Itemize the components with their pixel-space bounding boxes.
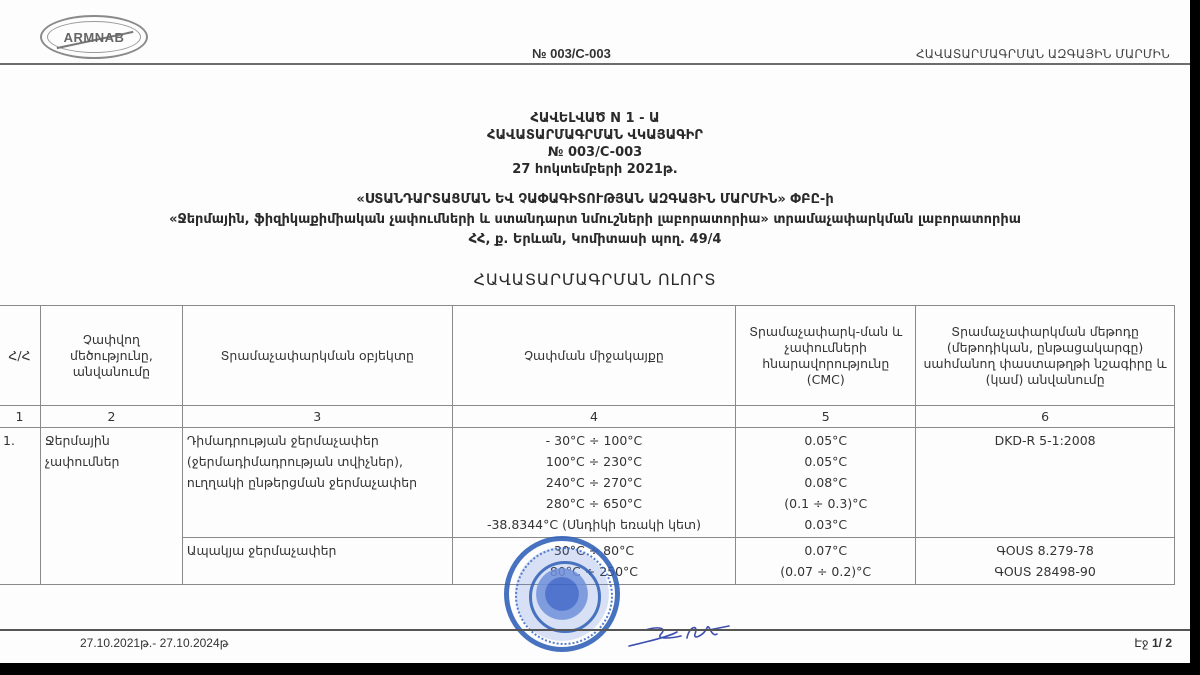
cmc-value: 0.05°C bbox=[740, 430, 911, 451]
range-value: 240°C ÷ 270°C bbox=[457, 472, 732, 493]
header-quantity: Չափվող մեծությունը, անվանումը bbox=[40, 306, 182, 406]
certificate-date: 27 հոկտեմբերի 2021թ. bbox=[0, 161, 1190, 178]
organization-name: «ՍՏԱՆԴԱՐՏԱՑՄԱՆ ԵՎ ՉԱՓԱԳԻՏՈՒԹՅԱՆ ԱԶԳԱՅԻՆ … bbox=[0, 190, 1190, 210]
cmc-value: (0.07 ÷ 0.2)°C bbox=[740, 561, 911, 582]
range-value: - 30°C ÷ 100°C bbox=[457, 430, 732, 451]
range-value: 280°C ÷ 650°C bbox=[457, 493, 732, 514]
row-index: 1. bbox=[0, 428, 40, 585]
scope-title: ՀԱՎԱՏԱՐՄԱԳՐՄԱՆ ՈԼՈՐՏ bbox=[0, 270, 1190, 289]
header-accreditation-body: ՀԱՎԱՏԱՐՄԱԳՐՄԱՆ ԱԶԳԱՅԻՆ ՄԱՐՄԻՆ bbox=[916, 47, 1170, 61]
header-object: Տրամաչափարկման օբյեկտը bbox=[182, 306, 452, 406]
header-divider bbox=[0, 63, 1190, 65]
certificate-page: ARMNAB № 003/C-003 ՀԱՎԱՏԱՐՄԱԳՐՄԱՆ ԱԶԳԱՅԻ… bbox=[0, 0, 1190, 663]
table-row: 1. Ջերմային չափումներ Դիմադրության ջերմա… bbox=[0, 428, 1175, 538]
header-cmc: Տրամաչափարկ-ման և չափումների հնարավորութ… bbox=[736, 306, 916, 406]
logo-text: ARMNAB bbox=[64, 30, 125, 45]
row-cmc: 0.05°C 0.05°C 0.08°C (0.1 ÷ 0.3)°C 0.03°… bbox=[736, 428, 916, 538]
page-number: Էջ 1/ 2 bbox=[1134, 636, 1172, 650]
organization-address: ՀՀ, ք. Երևան, Կոմիտասի պող. 49/4 bbox=[0, 230, 1190, 250]
laboratory-name: «Ջերմային, ֆիզիկաքիմիական չափումների և ս… bbox=[0, 210, 1190, 230]
header-method: Տրամաչափարկման մեթոդը (մեթոդիկան, ընթացա… bbox=[916, 306, 1175, 406]
range-value: 100°C ÷ 230°C bbox=[457, 451, 732, 472]
validity-period: 27.10.2021թ.- 27.10.2024թ bbox=[80, 636, 229, 650]
table-header-row: Հ/Հ Չափվող մեծությունը, անվանումը Տրամաչ… bbox=[0, 306, 1175, 406]
header-document-number: № 003/C-003 bbox=[532, 46, 611, 61]
signature-mark bbox=[625, 618, 740, 650]
header-index: Հ/Հ bbox=[0, 306, 40, 406]
page-value: 1/ 2 bbox=[1152, 636, 1172, 650]
organization-block: «ՍՏԱՆԴԱՐՏԱՑՄԱՆ ԵՎ ՉԱՓԱԳԻՏՈՒԹՅԱՆ ԱԶԳԱՅԻՆ … bbox=[0, 190, 1190, 250]
row-cmc: 0.07°C (0.07 ÷ 0.2)°C bbox=[736, 538, 916, 585]
column-number: 6 bbox=[916, 406, 1175, 428]
row-object: Ապակյա ջերմաչափեր bbox=[182, 538, 452, 585]
header-range: Չափման միջակայքը bbox=[452, 306, 736, 406]
column-number-row: 1 2 3 4 5 6 bbox=[0, 406, 1175, 428]
armnab-logo: ARMNAB bbox=[40, 15, 148, 59]
method-value: DKD-R 5-1:2008 bbox=[920, 430, 1170, 451]
column-number: 2 bbox=[40, 406, 182, 428]
method-value: ԳՕՍՏ 8.279-78 bbox=[920, 540, 1170, 561]
footer-divider bbox=[0, 629, 1190, 631]
column-number: 5 bbox=[736, 406, 916, 428]
document-title-block: ՀԱՎԵԼՎԱԾ N 1 - Ա ՀԱՎԱՏԱՐՄԱԳՐՄԱՆ ՎԿԱՅԱԳԻՐ… bbox=[0, 110, 1190, 178]
row-method: DKD-R 5-1:2008 bbox=[916, 428, 1175, 538]
cmc-value: 0.08°C bbox=[740, 472, 911, 493]
certificate-number: № 003/C-003 bbox=[0, 144, 1190, 161]
row-object: Դիմադրության ջերմաչափեր (ջերմադիմադրությ… bbox=[182, 428, 452, 538]
cmc-value: 0.03°C bbox=[740, 514, 911, 535]
row-ranges: - 30°C ÷ 100°C 100°C ÷ 230°C 240°C ÷ 270… bbox=[452, 428, 736, 538]
range-value: -38.8344°C (Սնդիկի եռակի կետ) bbox=[457, 514, 732, 535]
cmc-value: (0.1 ÷ 0.3)°C bbox=[740, 493, 911, 514]
cmc-value: 0.05°C bbox=[740, 451, 911, 472]
certificate-title: ՀԱՎԱՏԱՐՄԱԳՐՄԱՆ ՎԿԱՅԱԳԻՐ bbox=[0, 127, 1190, 144]
cmc-value: 0.07°C bbox=[740, 540, 911, 561]
annex-title: ՀԱՎԵԼՎԱԾ N 1 - Ա bbox=[0, 110, 1190, 127]
page-label: Էջ bbox=[1134, 636, 1148, 650]
column-number: 3 bbox=[182, 406, 452, 428]
row-method: ԳՕՍՏ 8.279-78 ԳՕՍՏ 28498-90 bbox=[916, 538, 1175, 585]
column-number: 1 bbox=[0, 406, 40, 428]
official-seal-stamp bbox=[504, 536, 620, 652]
column-number: 4 bbox=[452, 406, 736, 428]
method-value: ԳՕՍՏ 28498-90 bbox=[920, 561, 1170, 582]
row-quantity: Ջերմային չափումներ bbox=[40, 428, 182, 585]
